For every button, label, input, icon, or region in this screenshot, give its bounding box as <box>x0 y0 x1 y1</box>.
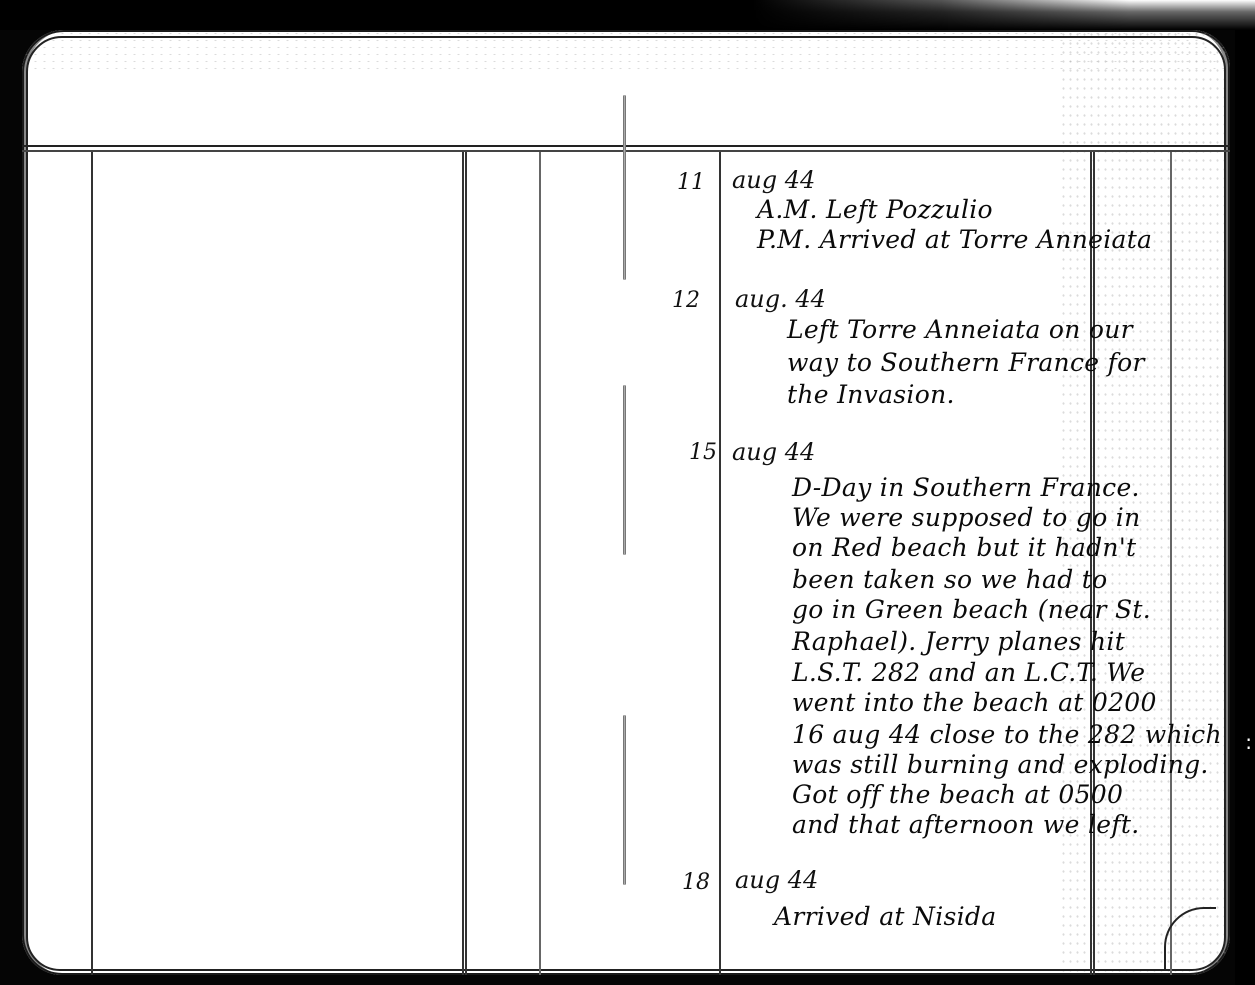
left-page-double-line-b <box>465 152 467 975</box>
header-rule-top <box>22 145 1230 147</box>
entry-day: 12 <box>672 288 700 313</box>
entry-line: been taken so we had to <box>792 565 1108 594</box>
binding-stitch-bottom <box>623 715 626 885</box>
entry-day: 11 <box>677 170 705 195</box>
right-page-double-line-a <box>1090 152 1092 975</box>
edge-mark: : <box>1245 730 1252 754</box>
entry-line: went into the beach at 0200 <box>792 688 1157 717</box>
entry-line: go in Green beach (near St. <box>792 595 1151 624</box>
left-page-amount-line <box>539 152 541 975</box>
entry-day: 18 <box>682 870 710 895</box>
entry-line: P.M. Arrived at Torre Anneiata <box>757 225 1152 254</box>
entry-day: 15 <box>689 440 717 465</box>
entry-line: 16 aug 44 close to the 282 which <box>792 720 1222 749</box>
entry-line: and that afternoon we left. <box>792 810 1139 839</box>
scanner-shadow-right <box>1235 30 1255 985</box>
entry-line: was still burning and exploding. <box>792 750 1209 779</box>
header-rule-bottom <box>22 150 1230 152</box>
entry-line: on Red beach but it hadn't <box>792 533 1136 562</box>
notebook-spread: 11 aug 44 A.M. Left Pozzulio P.M. Arrive… <box>22 30 1230 975</box>
binding-stitch-middle <box>623 385 626 555</box>
entry-line: A.M. Left Pozzulio <box>757 195 993 224</box>
right-page-date-line <box>719 152 721 975</box>
right-page-double-line-b <box>1093 152 1095 975</box>
entry-line: Got off the beach at 0500 <box>792 780 1123 809</box>
entry-line: Left Torre Anneiata on our <box>787 315 1133 344</box>
entry-line: D-Day in Southern France. <box>792 473 1140 502</box>
entry-date: aug 44 <box>732 438 815 466</box>
entry-line: L.S.T. 282 and an L.C.T. We <box>792 658 1145 687</box>
entry-line: Raphael). Jerry planes hit <box>792 627 1125 656</box>
entry-date: aug 44 <box>735 866 818 894</box>
paper-speckle-top <box>22 30 1230 70</box>
entry-line: way to Southern France for <box>787 348 1145 377</box>
entry-date: aug 44 <box>732 166 815 194</box>
entry-line: We were supposed to go in <box>792 503 1141 532</box>
left-page-double-line-a <box>462 152 464 975</box>
entry-line: Arrived at Nisida <box>774 902 996 931</box>
entry-date: aug. 44 <box>735 285 826 313</box>
binding-stitch-top <box>623 95 626 280</box>
left-page-margin-line <box>91 152 93 975</box>
right-page-amount-line <box>1170 152 1172 975</box>
scanner-shadow-top <box>0 0 1255 30</box>
entry-line: the Invasion. <box>787 380 955 409</box>
